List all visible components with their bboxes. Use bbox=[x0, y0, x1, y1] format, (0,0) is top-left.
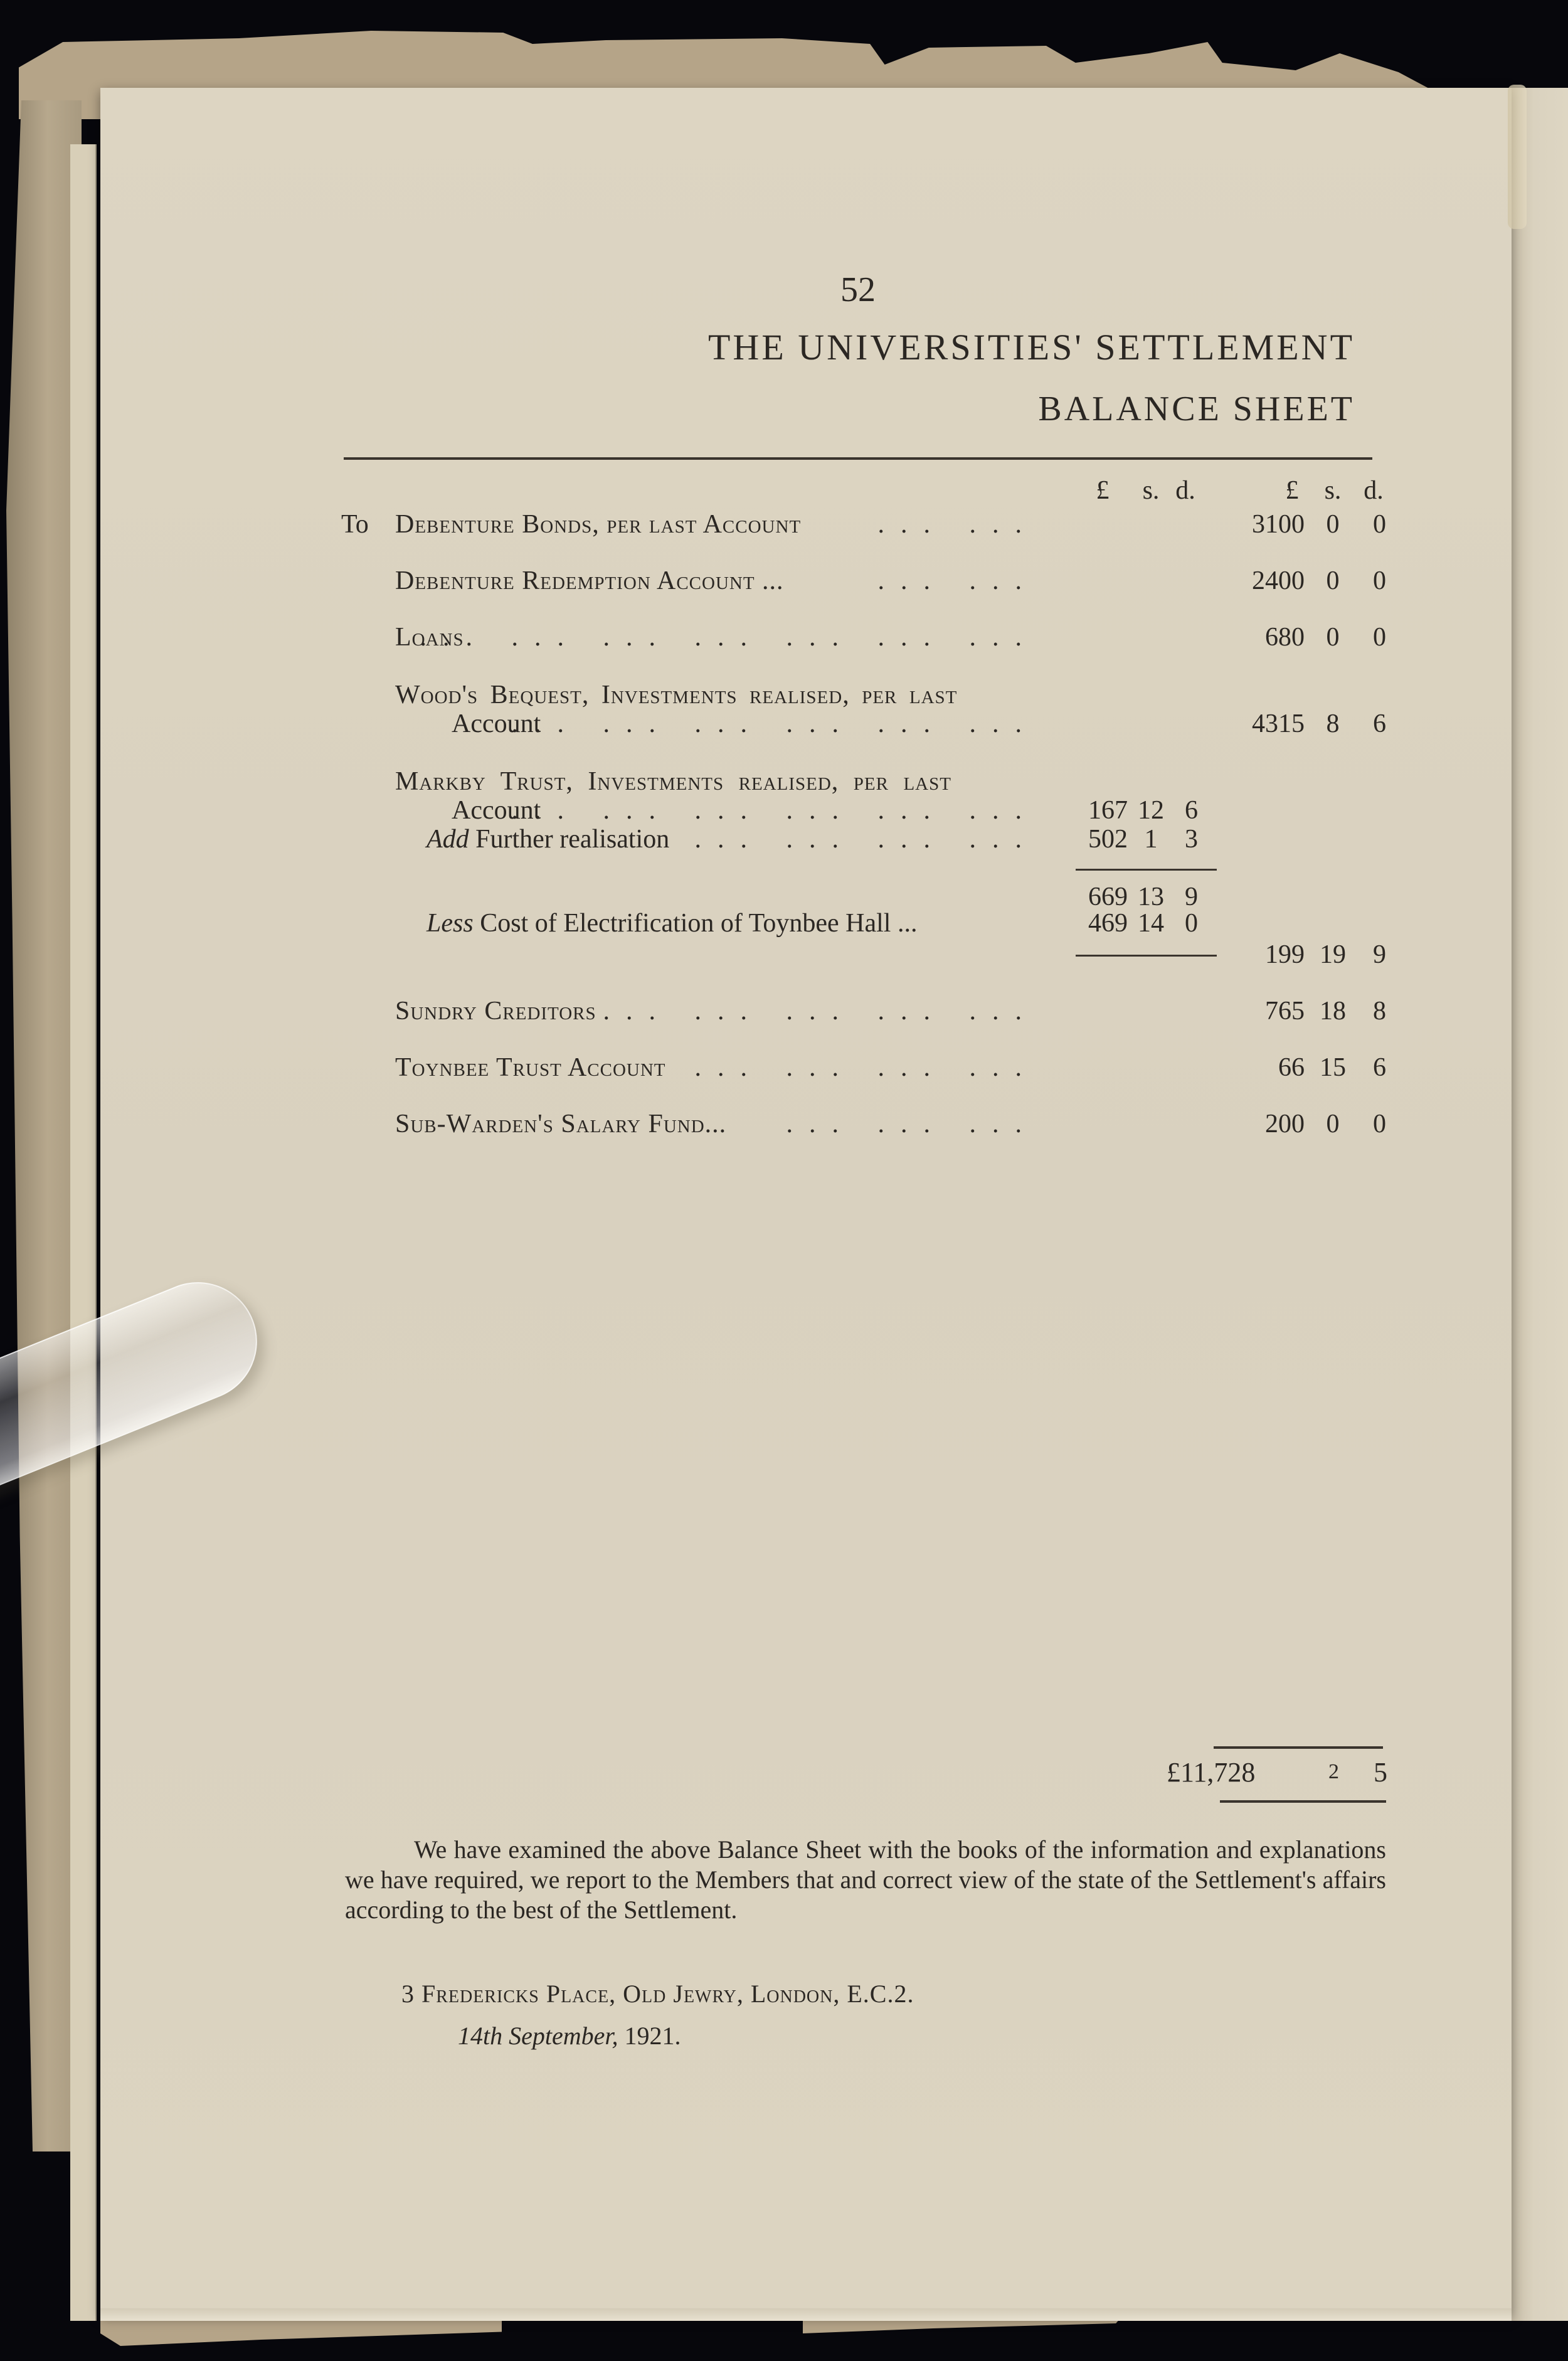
sub-amount-shillings: 1 bbox=[1132, 824, 1170, 854]
total-pence: 5 bbox=[1374, 1756, 1387, 1788]
column-headers: £ s. d. £ s. d. bbox=[339, 475, 1392, 508]
row-label: Toynbee Trust Account bbox=[395, 1053, 666, 1083]
table-row: Sub-Warden's Salary Fund... ... ... ... … bbox=[339, 1109, 1392, 1142]
amount-shillings: 15 bbox=[1314, 1053, 1352, 1083]
amount-pence: 0 bbox=[1361, 566, 1386, 596]
row-label-text: Cost of Electrification of Toynbee Hall … bbox=[480, 909, 917, 938]
table-row: Markby Trust, Investments realised, per … bbox=[339, 767, 1392, 799]
page-tab bbox=[1508, 85, 1527, 229]
amount-shillings: 0 bbox=[1314, 1109, 1352, 1139]
table-row-continuation: Account ... ... ... ... ... ... 4315 8 6 bbox=[339, 709, 1392, 741]
table-row: Loans ... ... ... ... ... ... ... 680 0 … bbox=[339, 622, 1392, 655]
leader-dots: ... ... bbox=[878, 566, 1039, 596]
auditor-address: 3 Fredericks Place, Old Jewry, London, E… bbox=[401, 1979, 914, 2008]
document-title: THE UNIVERSITIES' SETTLEMENT bbox=[602, 326, 1355, 368]
row-label: Debenture Bonds, per last Account bbox=[395, 509, 801, 539]
amount-shillings: 0 bbox=[1314, 509, 1352, 539]
sub-amount-pence: 9 bbox=[1173, 882, 1198, 912]
amount-pounds: 3100 bbox=[1229, 509, 1305, 539]
sub-amount-pence: 0 bbox=[1173, 908, 1198, 938]
amount-pence: 0 bbox=[1361, 509, 1386, 539]
table-row: Toynbee Trust Account ... ... ... ... 66… bbox=[339, 1053, 1392, 1085]
net-row: 199 19 9 bbox=[339, 940, 1392, 972]
amount-pence: 0 bbox=[1361, 622, 1386, 652]
row-label-text: Further realisation bbox=[475, 825, 669, 854]
subtotal-rule bbox=[1076, 869, 1217, 871]
row-label: Markby Trust, Investments realised, per … bbox=[395, 767, 951, 797]
amount-pounds: 2400 bbox=[1229, 566, 1305, 596]
row-label: Debenture Redemption Account ... bbox=[395, 566, 784, 596]
sub-amount-pounds: 502 bbox=[1078, 824, 1128, 854]
total-shillings: 2 bbox=[1328, 1760, 1339, 1784]
row-label: Sub-Warden's Salary Fund... bbox=[395, 1109, 726, 1139]
date-year: 1921. bbox=[625, 2022, 681, 2050]
page-bottom-edge bbox=[100, 2308, 1512, 2321]
leader-dots: ... ... ... ... ... ... bbox=[512, 795, 1039, 825]
row-prefix: To bbox=[341, 509, 369, 539]
table-row: Debenture Redemption Account ... ... ...… bbox=[339, 566, 1392, 598]
leader-dots: ... ... ... ... ... ... bbox=[512, 709, 1039, 739]
amount-pounds: 66 bbox=[1229, 1053, 1305, 1083]
inner-shillings-header: s. bbox=[1132, 475, 1170, 506]
outer-shillings-header: s. bbox=[1314, 475, 1352, 506]
facing-page-edge bbox=[1512, 88, 1568, 2321]
sub-amount-pounds: 669 bbox=[1078, 882, 1128, 912]
amount-shillings: 8 bbox=[1314, 709, 1352, 739]
auditor-paragraph: We have examined the above Balance Sheet… bbox=[345, 1835, 1386, 1925]
amount-shillings: 19 bbox=[1314, 940, 1352, 970]
amount-shillings: 0 bbox=[1314, 622, 1352, 652]
inner-pounds-header: £ bbox=[1078, 475, 1128, 506]
document-subtitle: BALANCE SHEET bbox=[602, 389, 1355, 429]
leader-dots: ... ... ... ... bbox=[695, 824, 1039, 854]
amount-pence: 0 bbox=[1361, 1109, 1386, 1139]
less-keyword: Less bbox=[426, 909, 474, 938]
table-row: Wood's Bequest, Investments realised, pe… bbox=[339, 680, 1392, 713]
underlying-pages bbox=[70, 144, 97, 2321]
add-keyword: Add bbox=[426, 825, 469, 854]
sub-amount-shillings: 13 bbox=[1132, 882, 1170, 912]
leader-dots: ... ... ... ... ... bbox=[603, 996, 1039, 1026]
total-pounds: £11,728 bbox=[1167, 1756, 1255, 1788]
amount-pence: 6 bbox=[1361, 1053, 1386, 1083]
page-number: 52 bbox=[840, 270, 876, 310]
amount-pounds: 199 bbox=[1229, 940, 1305, 970]
sub-amount-shillings: 12 bbox=[1132, 795, 1170, 825]
sub-amount-shillings: 14 bbox=[1132, 908, 1170, 938]
outer-pence-header: d. bbox=[1361, 475, 1386, 506]
amount-shillings: 0 bbox=[1314, 566, 1352, 596]
row-label: Wood's Bequest, Investments realised, pe… bbox=[395, 680, 957, 710]
row-label: Sundry Creditors bbox=[395, 996, 596, 1026]
sub-amount-pence: 3 bbox=[1173, 824, 1198, 854]
sub-amount-pounds: 167 bbox=[1078, 795, 1128, 825]
leader-dots: ... ... ... ... ... ... ... bbox=[420, 622, 1039, 652]
auditor-date: 14th September, 1921. bbox=[458, 2021, 681, 2051]
amount-pounds: 680 bbox=[1229, 622, 1305, 652]
amount-pounds: 4315 bbox=[1229, 709, 1305, 739]
date-day: 14th September, bbox=[458, 2022, 618, 2050]
total-rule-bottom bbox=[1220, 1800, 1386, 1803]
amount-pence: 6 bbox=[1361, 709, 1386, 739]
sub-amount-pence: 6 bbox=[1173, 795, 1198, 825]
table-row: Sundry Creditors ... ... ... ... ... 765… bbox=[339, 996, 1392, 1029]
row-label: Less Cost of Electrification of Toynbee … bbox=[426, 908, 917, 938]
leader-dots: ... ... ... bbox=[787, 1109, 1039, 1139]
amount-pounds: 200 bbox=[1229, 1109, 1305, 1139]
total-rule-top bbox=[1214, 1746, 1383, 1749]
title-rule bbox=[344, 457, 1372, 460]
inner-pence-header: d. bbox=[1173, 475, 1198, 506]
leader-dots: ... ... bbox=[878, 509, 1039, 539]
table-row: To Debenture Bonds, per last Account ...… bbox=[339, 509, 1392, 542]
row-label: Add Further realisation bbox=[426, 824, 669, 854]
table-row: Less Cost of Electrification of Toynbee … bbox=[339, 908, 1392, 941]
table-row: Add Further realisation ... ... ... ... … bbox=[339, 824, 1392, 857]
table-row-continuation: Account ... ... ... ... ... ... 167 12 6 bbox=[339, 795, 1392, 828]
leader-dots: ... ... ... ... bbox=[695, 1053, 1039, 1083]
sub-amount-pounds: 469 bbox=[1078, 908, 1128, 938]
amount-pounds: 765 bbox=[1229, 996, 1305, 1026]
amount-pence: 8 bbox=[1361, 996, 1386, 1026]
amount-pence: 9 bbox=[1361, 940, 1386, 970]
amount-shillings: 18 bbox=[1314, 996, 1352, 1026]
